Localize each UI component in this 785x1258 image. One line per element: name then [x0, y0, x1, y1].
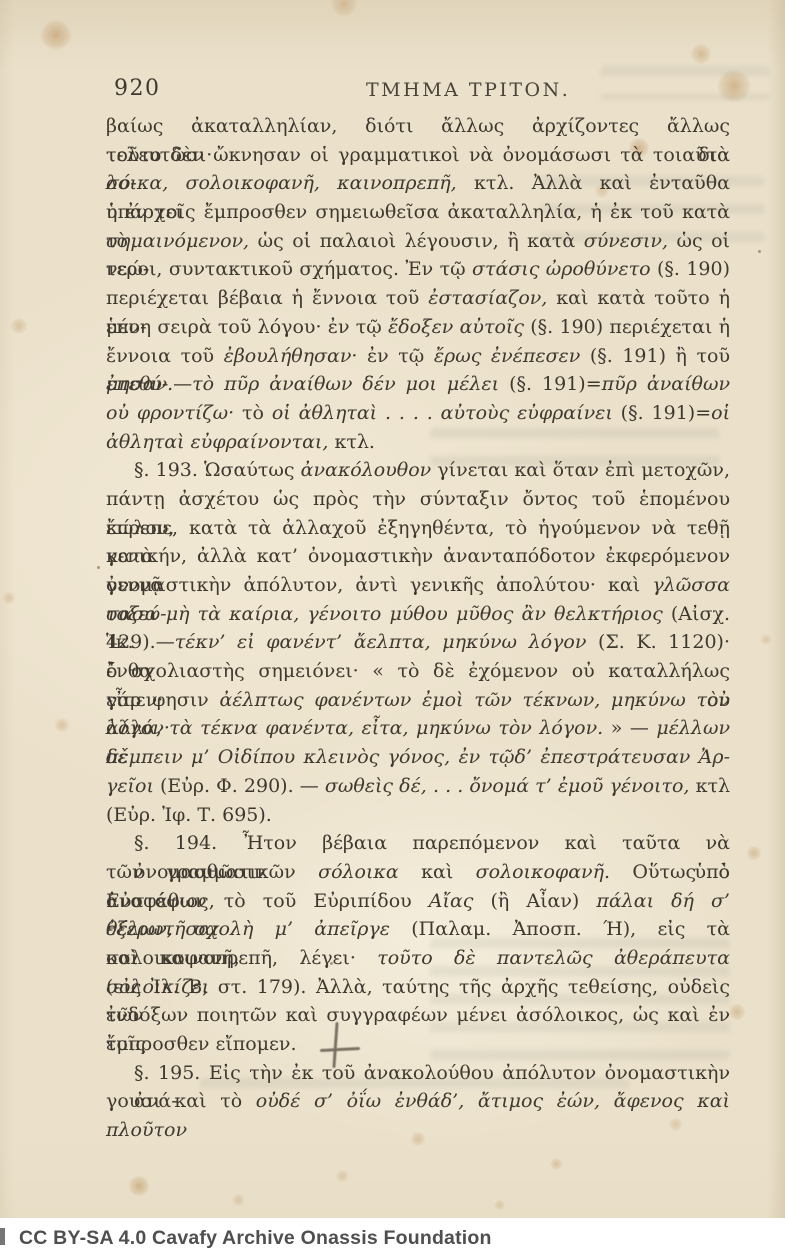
italic-text-segment: μησαν.: [106, 373, 173, 395]
text-segment: γίνεται καὶ ὅταν ἐπὶ μετοχῶν,: [431, 459, 730, 481]
italic-text-segment: σόλοικα: [318, 861, 399, 883]
paper-speck: [97, 566, 100, 569]
text-segment: (§. 191) ἢ τοῦ: [580, 345, 730, 367]
italic-text-segment: σολοικοφανῆ.: [476, 861, 610, 883]
text-segment: (ἢ Αἶαν): [473, 890, 596, 912]
text-segment: τοῦτο δὲν ὤκνησαν οἱ γραμματικοὶ νὰ ὀνομ…: [106, 144, 730, 166]
text-line: πέμπειν μ’ Οἰδίπου κλεινὸς γόνος, ἐν τῷδ…: [106, 743, 730, 772]
paper-speck: [758, 250, 761, 253]
stain-spot: [128, 1176, 150, 1196]
text-segment: (Εὐρ. Φ. 290). —: [154, 775, 325, 797]
text-line: (Εὐρ. Ἰφ. Τ. 695).: [106, 801, 730, 830]
italic-text-segment: πέμπειν μ’ Οἰδίπου κλεινὸς γόνος, ἐν τῷδ…: [106, 746, 730, 768]
italic-text-segment: θέλων, σχολὴ μ’ ἀπεῖργε: [106, 918, 390, 940]
text-segment: μένη σειρὰ τοῦ λόγου· ἐν τῷ: [106, 316, 388, 338]
text-line: ὀνομαστικὴν ἀπόλυτον, ἀντὶ γενικῆς ἀπολύ…: [106, 571, 730, 600]
italic-text-segment: οὐ φροντίζω·: [106, 402, 234, 424]
text-line: μησαν.—τὸ πῦρ ἀναίθων δέν μοι μέλει (§. …: [106, 370, 730, 399]
text-line: οὐ φροντίζω· τὸ οἱ ἀθληταὶ . . . . αὐτοὺ…: [106, 399, 730, 428]
italic-text-segment: οἱ ἀθληταὶ . . . . αὐτοὺς εὐφραίνει: [272, 402, 613, 424]
italic-text-segment: στάσις ὠροθύνετο: [472, 258, 651, 280]
text-segment: κτλ.: [328, 431, 375, 453]
text-segment: κτλ: [689, 775, 730, 797]
italic-text-segment: σύνεσιν,: [584, 230, 668, 252]
text-segment: ἐν τῷ: [357, 345, 433, 367]
stain-spot: [40, 20, 72, 50]
text-line: ἀθληταὶ εὐφραίνονται, κτλ.: [106, 428, 730, 457]
pencil-cross-vertical-stroke: [332, 1022, 338, 1068]
text-segment: (§. 191)=: [613, 402, 711, 424]
text-line: ὁ σχολιαστὴς σημειόνει· « τὸ δὲ ἐχόμενον…: [106, 657, 730, 686]
text-line: 429).—τέκν’ εἰ φανέντ’ ἄελπτα, μηκύνω λό…: [106, 628, 730, 657]
license-caption-bar: CC BY-SA 4.0 Cavafy Archive Onassis Foun…: [0, 1218, 785, 1258]
text-line: ἡ ἐν τοῖς ἔμπροσθεν σημειωθεῖσα ἀκαταλλη…: [106, 198, 730, 227]
italic-text-segment: τὸ πῦρ ἀναίθων δέν μοι μέλει: [192, 373, 499, 395]
text-line: ἀναφέφων τὸ τοῦ Εὐριπίδου Αἴας (ἢ Αἶαν) …: [106, 887, 730, 916]
text-line: ἐνδόξων ποιητῶν καὶ συγγραφέων μένει ἀσό…: [106, 1001, 730, 1030]
stain-spot: [494, 1200, 505, 1210]
scanned-book-page: 920 ΤΜΗΜΑ ΤΡΙΤΟΝ. βαίως ἀκαταλληλίαν, δι…: [0, 0, 785, 1258]
text-segment: » —: [603, 717, 656, 739]
pencil-cross-mark: [318, 1020, 362, 1072]
italic-text-segment: τὰ τέκνα φανέντα, εἶτα, μηκύνω τὸν λόγον…: [169, 717, 603, 739]
stain-spot: [746, 846, 762, 860]
text-line: γενικήν, ἀλλὰ κατ’ ὀνομαστικὴν ἀνανταπόδ…: [106, 542, 730, 571]
stain-spot: [330, 0, 358, 16]
text-line: λοικα, σολοικοφανῆ, καινοπρεπῆ, κτλ. Ἀλλ…: [106, 169, 730, 198]
text-line: περιέχεται βέβαια ἡ ἔννοια τοῦ ἐστασίαζο…: [106, 284, 730, 313]
text-line: ἀλλά, τὰ τέκνα φανέντα, εἶτα, μηκύνω τὸν…: [106, 714, 730, 743]
text-segment: καὶ καινοπρεπῆ, λέγει·: [106, 947, 377, 969]
italic-text-segment: σωθεὶς δέ, . . . ὄνομά τ’ ἐμοῦ γένοιτο,: [325, 775, 690, 797]
italic-text-segment: ἀνακόλουθον: [301, 459, 432, 481]
text-line: ἔμπροσθεν εἴπομεν.: [106, 1030, 730, 1059]
text-line: γεῖοι (Εὐρ. Φ. 290). — σωθεὶς δέ, . . . …: [106, 772, 730, 801]
stain-spot: [410, 1132, 426, 1146]
italic-text-segment: ἔδοξεν αὐτοῖς: [388, 316, 524, 338]
pencil-cross-horizontal-stroke: [320, 1047, 360, 1052]
italic-text-segment: λοικα, σολοικοφανῆ, καινοπρεπῆ,: [106, 172, 457, 194]
text-line: §. 195. Εἰς τὴν ἐκ τοῦ ἀνακολούθου ἀπόλυ…: [106, 1059, 730, 1088]
text-segment: γουσι καὶ τὸ: [106, 1090, 256, 1112]
text-line: ἔννοια τοῦ ἐβουλήθησαν· ἐν τῷ ἔρως ἐνέπε…: [106, 342, 730, 371]
italic-text-segment: ἀθληταὶ εὐφραίνονται,: [106, 431, 328, 453]
stain-spot: [336, 1170, 349, 1182]
page-number: 920: [114, 76, 161, 101]
stain-spot: [550, 1158, 563, 1170]
text-segment: τὸ: [234, 402, 272, 424]
italic-text-segment: τέκν’ εἰ φανέντ’ ἄελπτα, μηκύνω λόγον: [175, 631, 587, 653]
license-caption: CC BY-SA 4.0 Cavafy Archive Onassis Foun…: [0, 1218, 785, 1258]
text-segment: ἔννοια τοῦ: [106, 345, 224, 367]
text-segment: (§. 191)=: [499, 373, 602, 395]
text-segment: καὶ: [399, 861, 476, 883]
text-line: μένη σειρὰ τοῦ λόγου· ἐν τῷ ἔδοξεν αὐτοῖ…: [106, 313, 730, 342]
text-line: σασα μὴ τὰ καίρια, γένοιτο μύθου μῦθος ἂ…: [106, 600, 730, 629]
text-segment: περιέχεται βέβαια ἡ ἔννοια τοῦ: [106, 287, 428, 309]
stain-spot: [2, 592, 16, 604]
text-line: βαίως ἀκαταλληλίαν, διότι ἄλλως ἀρχίζοντ…: [106, 112, 730, 141]
text-segment: (Εὐρ. Ἰφ. Τ. 695).: [106, 804, 272, 826]
text-line: γουσι καὶ τὸ οὐδέ σ’ ὀΐω ἐνθάδ’, ἄτιμος …: [106, 1087, 730, 1116]
text-line: §. 193. Ὡσαύτως ἀνακόλουθον γίνεται καὶ …: [106, 456, 730, 485]
text-line: §. 194. Ἦτον βέβαια παρεπόμενον καὶ ταῦτ…: [106, 829, 730, 858]
stain-spot: [716, 70, 752, 102]
text-segment: ὡς οἱ παλαιοὶ λέγουσιν, ἢ κατὰ: [249, 230, 584, 252]
text-segment: τῶν γραμματικῶν: [106, 861, 318, 883]
text-line: τοῦτο δὲν ὤκνησαν οἱ γραμματικοὶ νὰ ὀνομ…: [106, 141, 730, 170]
text-segment: §. 193. Ὡσαύτως: [134, 459, 301, 481]
text-line: πάντῃ ἀσχέτου ὡς πρὸς τὴν σύνταξιν ὄντος…: [106, 485, 730, 514]
italic-text-segment: Αἴας: [429, 890, 474, 912]
italic-text-segment: οἱ: [711, 402, 730, 424]
text-segment: —: [173, 373, 192, 395]
text-line: καὶ καινοπρεπῆ, λέγει· τοῦτο δὲ παντελῶς…: [106, 944, 730, 973]
text-line: γάρ φησιν ἀέλπτως φανέντων ἐμοὶ τῶν τέκν…: [106, 686, 730, 715]
text-segment: ἀλλά,: [106, 717, 169, 739]
text-segment: ἀναφέφων τὸ τοῦ Εὐριπίδου: [106, 890, 429, 912]
italic-text-segment: ἐστασίαζον,: [428, 287, 547, 309]
text-segment: (§. 190): [651, 258, 730, 280]
text-line: (εἰς Ἰλ. Β, στ. 179). Ἀλλὰ, ταύτης τῆς ἀ…: [106, 973, 730, 1002]
text-line: τεροι, συντακτικοῦ σχήματος. Ἐν τῷ στάσι…: [106, 255, 730, 284]
text-segment: 429).—: [106, 631, 175, 653]
text-line: θέλων, σχολὴ μ’ ἀπεῖργε (Παλαμ. Ἀποσπ. Ή…: [106, 915, 730, 944]
stain-spot: [728, 1004, 746, 1020]
stain-spot: [690, 44, 712, 64]
italic-text-segment: ἔρως ἐνέπεσεν: [434, 345, 580, 367]
italic-text-segment: ἐβουλήθησαν·: [224, 345, 358, 367]
italic-text-segment: σασα μὴ τὰ καίρια, γένοιτο μύθου μῦθος ἂ…: [106, 603, 663, 625]
text-segment: ἔμπροσθεν εἴπομεν.: [106, 1033, 296, 1055]
running-title: ΤΜΗΜΑ ΤΡΙΤΟΝ.: [366, 79, 570, 101]
text-segment: (§. 190) περιέχεται ἡ: [524, 316, 730, 338]
italic-text-segment: σημαινόμενον,: [106, 230, 249, 252]
stain-spot: [668, 1118, 683, 1131]
italic-text-segment: πῦρ ἀναίθων: [602, 373, 730, 395]
stain-spot: [54, 718, 70, 732]
scan-edge-notch: [0, 1228, 5, 1245]
text-block: βαίως ἀκαταλληλίαν, διότι ἄλλως ἀρχίζοντ…: [106, 112, 730, 1116]
italic-text-segment: γεῖοι: [106, 775, 154, 797]
text-segment: ὀνομαστικὴν ἀπόλυτον, ἀντὶ γενικῆς ἀπολύ…: [106, 574, 652, 596]
stain-spot: [232, 1194, 245, 1206]
text-segment: γάρ φησιν: [106, 689, 219, 711]
text-segment: τεροι, συντακτικοῦ σχήματος. Ἐν τῷ: [106, 258, 472, 280]
text-line: ἔπρεπε, κατὰ τὰ ἀλλαχοῦ ἐξηγηθέντα, τὸ ἡ…: [106, 514, 730, 543]
stain-spot: [10, 318, 28, 334]
text-line: σημαινόμενον, ὡς οἱ παλαιοὶ λέγουσιν, ἢ …: [106, 227, 730, 256]
text-line: τῶν γραμματικῶν σόλοικα καὶ σολοικοφανῆ.…: [106, 858, 730, 887]
stain-spot: [760, 634, 772, 645]
